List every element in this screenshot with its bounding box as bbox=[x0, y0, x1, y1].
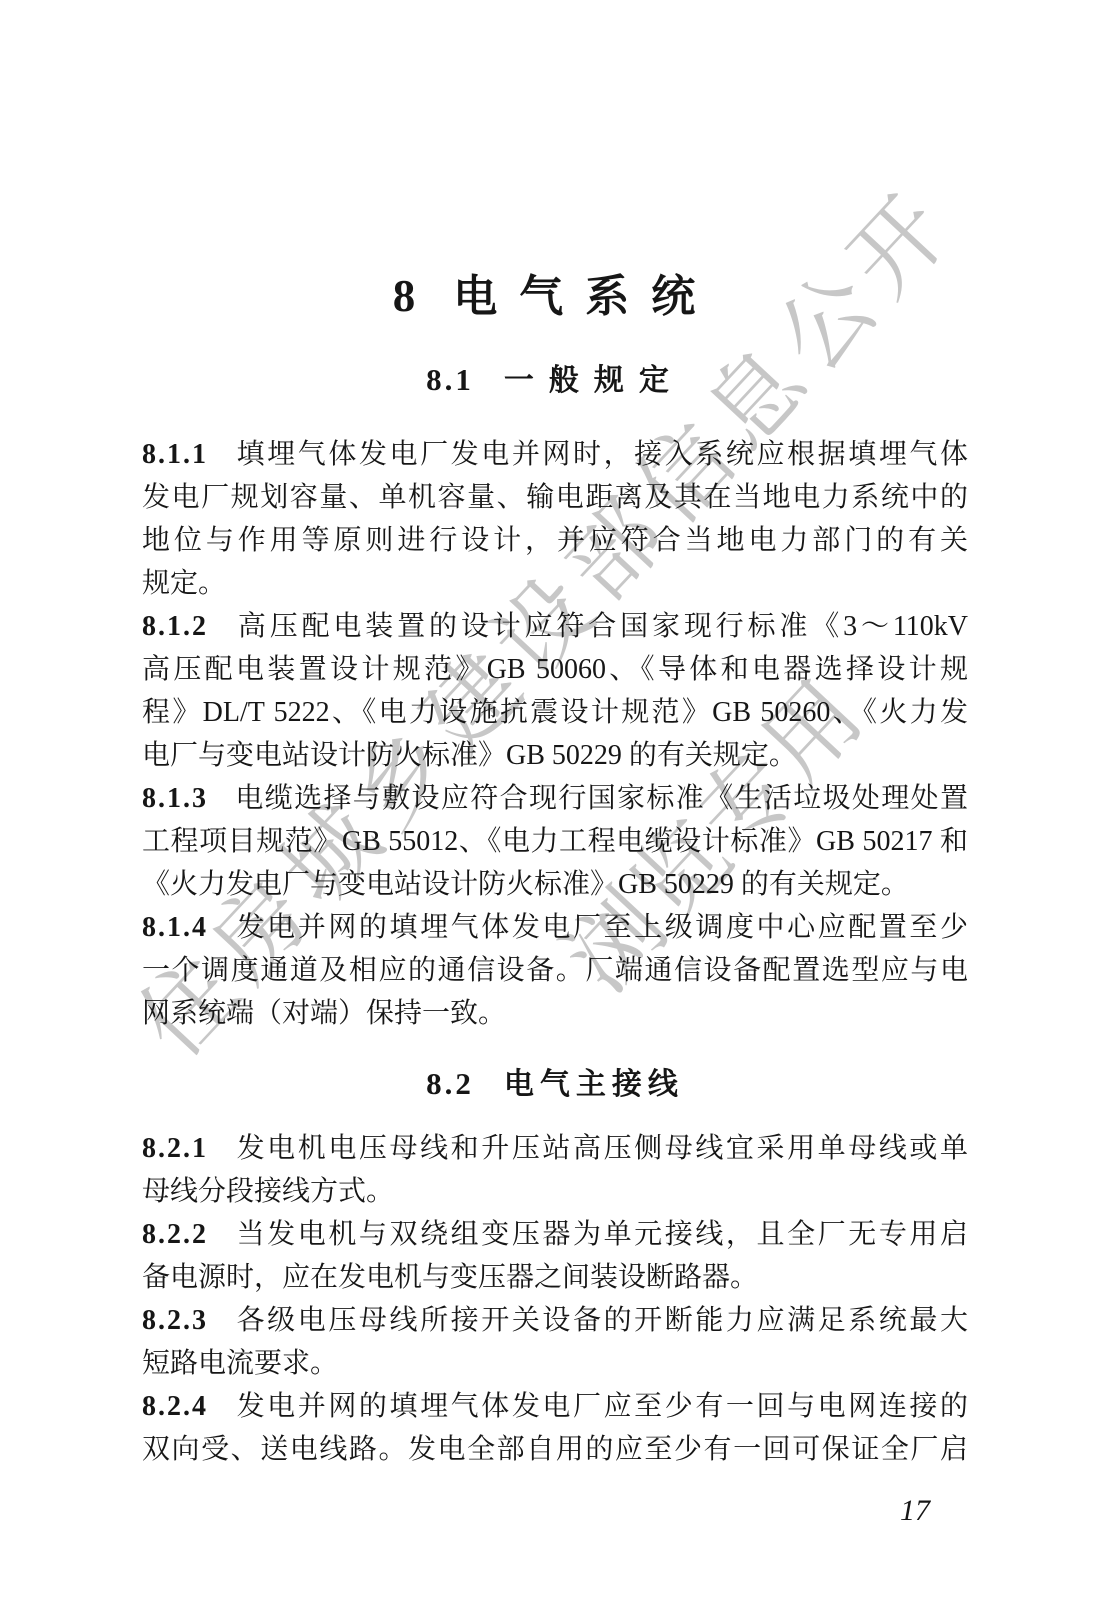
paragraph-line: 8.1.4发电并网的填埋气体发电厂至上级调度中心应配置至少 bbox=[142, 906, 968, 949]
page-number: 17 bbox=[900, 1494, 930, 1528]
paragraph-line: 高压配电装置设计规范》GB 50060、《导体和电器选择设计规 bbox=[142, 648, 968, 691]
section-number: 8.2 bbox=[426, 1066, 474, 1101]
paragraph-line: 8.1.2高压配电装置的设计应符合国家现行标准《3～110kV bbox=[142, 605, 968, 648]
paragraph-line: 地位与作用等原则进行设计，并应符合当地电力部门的有关 bbox=[142, 519, 968, 562]
clause-number: 8.2.2 bbox=[142, 1219, 208, 1250]
chapter-title-label: 电气系统 bbox=[453, 271, 717, 322]
section-8-1-paragraphs: 8.1.1填埋气体发电厂发电并网时，接入系统应根据填埋气体发电厂规划容量、单机容… bbox=[142, 433, 968, 1035]
paragraph-line: 8.2.4发电并网的填埋气体发电厂应至少有一回与电网连接的 bbox=[142, 1385, 968, 1428]
section-8-2-paragraphs: 8.2.1发电机电压母线和升压站高压侧母线宜采用单母线或单母线分段接线方式。8.… bbox=[142, 1127, 968, 1471]
paragraph-line: 发电厂规划容量、单机容量、输电距离及其在当地电力系统中的 bbox=[142, 476, 968, 519]
paragraph-line: 备电源时，应在发电机与变压器之间装设断路器。 bbox=[142, 1256, 968, 1299]
paragraph-line: 8.2.3各级电压母线所接开关设备的开断能力应满足系统最大 bbox=[142, 1299, 968, 1342]
clause-number: 8.1.2 bbox=[142, 611, 208, 642]
paragraph-line: 《火力发电厂与变电站设计防火标准》GB 50229 的有关规定。 bbox=[142, 863, 968, 906]
paragraph-line: 网系统端（对端）保持一致。 bbox=[142, 992, 968, 1035]
text-column: 8 电气系统 8.1 一般规定 8.1.1填埋气体发电厂发电并网时，接入系统应根… bbox=[142, 272, 968, 1471]
paragraph-line: 8.2.2当发电机与双绕组变压器为单元接线，且全厂无专用启 bbox=[142, 1213, 968, 1256]
section-number: 8.1 bbox=[426, 362, 474, 397]
document-page: 住房城乡建设部信息公开 浏览专用 8 电气系统 8.1 一般规定 8.1.1填埋… bbox=[0, 0, 1103, 1597]
paragraph-line: 规定。 bbox=[142, 562, 968, 605]
paragraph-line: 8.2.1发电机电压母线和升压站高压侧母线宜采用单母线或单 bbox=[142, 1127, 968, 1170]
chapter-number: 8 bbox=[393, 271, 416, 321]
clause-number: 8.1.1 bbox=[142, 439, 208, 470]
paragraph-line: 8.1.3电缆选择与敷设应符合现行国家标准《生活垃圾处理处置 bbox=[142, 777, 968, 820]
paragraph-line: 短路电流要求。 bbox=[142, 1342, 968, 1385]
clause-number: 8.2.3 bbox=[142, 1305, 208, 1336]
clause-number: 8.1.3 bbox=[142, 783, 208, 814]
paragraph-line: 母线分段接线方式。 bbox=[142, 1170, 968, 1213]
clause-number: 8.2.1 bbox=[142, 1133, 208, 1164]
section-heading-8-2: 8.2 电气主接线 bbox=[142, 1067, 968, 1101]
section-title-label: 一般规定 bbox=[504, 363, 684, 398]
section-heading-8-1: 8.1 一般规定 bbox=[142, 363, 968, 397]
clause-number: 8.2.4 bbox=[142, 1391, 208, 1422]
section-title-label: 电气主接线 bbox=[504, 1067, 684, 1102]
paragraph-line: 程》DL/T 5222、《电力设施抗震设计规范》GB 50260、《火力发 bbox=[142, 691, 968, 734]
paragraph-line: 双向受、送电线路。发电全部自用的应至少有一回可保证全厂启 bbox=[142, 1428, 968, 1471]
paragraph-line: 电厂与变电站设计防火标准》GB 50229 的有关规定。 bbox=[142, 734, 968, 777]
paragraph-line: 8.1.1填埋气体发电厂发电并网时，接入系统应根据填埋气体 bbox=[142, 433, 968, 476]
clause-number: 8.1.4 bbox=[142, 912, 208, 943]
paragraph-line: 工程项目规范》GB 55012、《电力工程电缆设计标准》GB 50217 和 bbox=[142, 820, 968, 863]
paragraph-line: 一个调度通道及相应的通信设备。厂端通信设备配置选型应与电 bbox=[142, 949, 968, 992]
chapter-title: 8 电气系统 bbox=[142, 272, 968, 320]
